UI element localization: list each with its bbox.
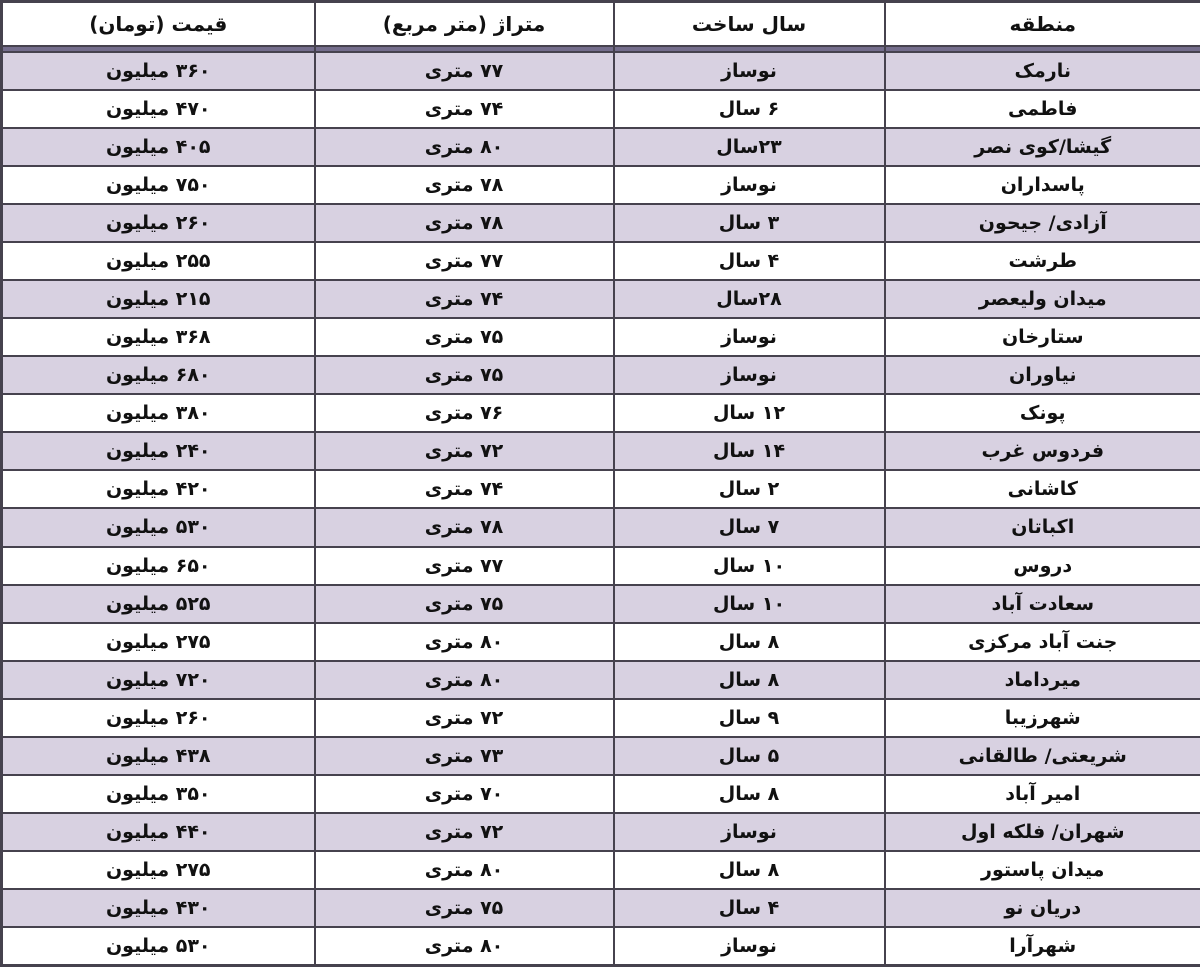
cell-region: ستارخان — [885, 318, 1200, 356]
cell-year_built: نوساز — [614, 318, 885, 356]
cell-area: ۷۴ متری — [315, 280, 614, 318]
cell-region: گیشا/کوی نصر — [885, 128, 1200, 166]
cell-year_built: ۱۲ سال — [614, 394, 885, 432]
cell-year_built: ۲ سال — [614, 470, 885, 508]
cell-area: ۷۲ متری — [315, 432, 614, 470]
cell-price: ۳۵۰ میلیون — [2, 775, 315, 813]
cell-year_built: ۸ سال — [614, 623, 885, 661]
cell-price: ۷۲۰ میلیون — [2, 661, 315, 699]
cell-year_built: ۱۰ سال — [614, 547, 885, 585]
cell-year_built: نوساز — [614, 813, 885, 851]
header-region: منطقه — [885, 2, 1200, 46]
housing-price-table: منطقه سال ساخت متراژ (متر مربع) قیمت (تو… — [0, 0, 1200, 967]
table-body: نارمکنوساز۷۷ متری۳۶۰ میلیونفاطمی۶ سال۷۴ … — [2, 46, 1200, 966]
cell-region: پاسداران — [885, 166, 1200, 204]
cell-region: میدان ولیعصر — [885, 280, 1200, 318]
cell-region: شریعتی/ طالقانی — [885, 737, 1200, 775]
cell-year_built: نوساز — [614, 927, 885, 965]
cell-year_built: ۸ سال — [614, 661, 885, 699]
cell-region: میرداماد — [885, 661, 1200, 699]
table-row: شهران/ فلکه اولنوساز۷۲ متری۴۴۰ میلیون — [2, 813, 1200, 851]
table-row: پاسداراننوساز۷۸ متری۷۵۰ میلیون — [2, 166, 1200, 204]
cell-region: اکباتان — [885, 508, 1200, 546]
cell-price: ۵۳۰ میلیون — [2, 508, 315, 546]
cell-area: ۷۵ متری — [315, 356, 614, 394]
cell-year_built: ۱۴ سال — [614, 432, 885, 470]
cell-area: ۸۰ متری — [315, 851, 614, 889]
cell-price: ۳۸۰ میلیون — [2, 394, 315, 432]
cell-region: شهرآرا — [885, 927, 1200, 965]
table-row: دروس۱۰ سال۷۷ متری۶۵۰ میلیون — [2, 547, 1200, 585]
cell-year_built: نوساز — [614, 166, 885, 204]
cell-region: شهرزیبا — [885, 699, 1200, 737]
cell-year_built: ۳ سال — [614, 204, 885, 242]
table-row: دریان نو۴ سال۷۵ متری۴۳۰ میلیون — [2, 889, 1200, 927]
cell-area: ۸۰ متری — [315, 128, 614, 166]
cell-year_built: ۲۸سال — [614, 280, 885, 318]
table-row: گیشا/کوی نصر۲۳سال۸۰ متری۴۰۵ میلیون — [2, 128, 1200, 166]
table-row: امیر آباد۸ سال۷۰ متری۳۵۰ میلیون — [2, 775, 1200, 813]
cell-region: شهران/ فلکه اول — [885, 813, 1200, 851]
cell-region: نیاوران — [885, 356, 1200, 394]
table-row: جنت آباد مرکزی۸ سال۸۰ متری۲۷۵ میلیون — [2, 623, 1200, 661]
cell-region: فاطمی — [885, 90, 1200, 128]
cell-area: ۷۶ متری — [315, 394, 614, 432]
cell-year_built: نوساز — [614, 356, 885, 394]
cell-price: ۲۷۵ میلیون — [2, 623, 315, 661]
cell-year_built: ۸ سال — [614, 775, 885, 813]
housing-price-table-page: منطقه سال ساخت متراژ (متر مربع) قیمت (تو… — [0, 0, 1200, 967]
cell-region: نارمک — [885, 52, 1200, 90]
cell-price: ۳۶۸ میلیون — [2, 318, 315, 356]
cell-region: سعادت آباد — [885, 585, 1200, 623]
table-row: پونک۱۲ سال۷۶ متری۳۸۰ میلیون — [2, 394, 1200, 432]
cell-area: ۷۷ متری — [315, 242, 614, 280]
cell-year_built: ۶ سال — [614, 90, 885, 128]
cell-year_built: نوساز — [614, 52, 885, 90]
cell-area: ۷۵ متری — [315, 889, 614, 927]
cell-area: ۷۳ متری — [315, 737, 614, 775]
cell-region: آزادی/ جیحون — [885, 204, 1200, 242]
table-row: کاشانی۲ سال۷۴ متری۴۲۰ میلیون — [2, 470, 1200, 508]
cell-price: ۲۶۰ میلیون — [2, 204, 315, 242]
cell-price: ۲۶۰ میلیون — [2, 699, 315, 737]
header-row: منطقه سال ساخت متراژ (متر مربع) قیمت (تو… — [2, 2, 1200, 46]
cell-area: ۷۲ متری — [315, 699, 614, 737]
cell-price: ۶۸۰ میلیون — [2, 356, 315, 394]
cell-price: ۲۴۰ میلیون — [2, 432, 315, 470]
cell-region: جنت آباد مرکزی — [885, 623, 1200, 661]
table-row: طرشت۴ سال۷۷ متری۲۵۵ میلیون — [2, 242, 1200, 280]
cell-area: ۷۴ متری — [315, 90, 614, 128]
cell-region: طرشت — [885, 242, 1200, 280]
cell-region: میدان پاستور — [885, 851, 1200, 889]
cell-area: ۸۰ متری — [315, 927, 614, 965]
cell-year_built: ۲۳سال — [614, 128, 885, 166]
table-row: فردوس غرب۱۴ سال۷۲ متری۲۴۰ میلیون — [2, 432, 1200, 470]
cell-price: ۵۳۰ میلیون — [2, 927, 315, 965]
cell-price: ۴۳۰ میلیون — [2, 889, 315, 927]
cell-region: دروس — [885, 547, 1200, 585]
cell-year_built: ۱۰ سال — [614, 585, 885, 623]
cell-price: ۴۲۰ میلیون — [2, 470, 315, 508]
table-row: شهرزیبا۹ سال۷۲ متری۲۶۰ میلیون — [2, 699, 1200, 737]
cell-price: ۴۴۰ میلیون — [2, 813, 315, 851]
cell-year_built: ۵ سال — [614, 737, 885, 775]
table-row: میدان ولیعصر۲۸سال۷۴ متری۲۱۵ میلیون — [2, 280, 1200, 318]
cell-area: ۷۸ متری — [315, 508, 614, 546]
cell-region: دریان نو — [885, 889, 1200, 927]
cell-area: ۷۲ متری — [315, 813, 614, 851]
table-row: فاطمی۶ سال۷۴ متری۴۷۰ میلیون — [2, 90, 1200, 128]
cell-price: ۲۷۵ میلیون — [2, 851, 315, 889]
table-row: ستارخاننوساز۷۵ متری۳۶۸ میلیون — [2, 318, 1200, 356]
cell-price: ۷۵۰ میلیون — [2, 166, 315, 204]
table-row: اکباتان۷ سال۷۸ متری۵۳۰ میلیون — [2, 508, 1200, 546]
table-row: میرداماد۸ سال۸۰ متری۷۲۰ میلیون — [2, 661, 1200, 699]
cell-price: ۴۷۰ میلیون — [2, 90, 315, 128]
cell-price: ۳۶۰ میلیون — [2, 52, 315, 90]
cell-region: امیر آباد — [885, 775, 1200, 813]
table-header: منطقه سال ساخت متراژ (متر مربع) قیمت (تو… — [2, 2, 1200, 46]
cell-area: ۷۷ متری — [315, 52, 614, 90]
cell-area: ۸۰ متری — [315, 661, 614, 699]
header-price: قیمت (تومان) — [2, 2, 315, 46]
cell-price: ۶۵۰ میلیون — [2, 547, 315, 585]
table-row: سعادت آباد۱۰ سال۷۵ متری۵۲۵ میلیون — [2, 585, 1200, 623]
header-area: متراژ (متر مربع) — [315, 2, 614, 46]
cell-year_built: ۷ سال — [614, 508, 885, 546]
table-row: آزادی/ جیحون۳ سال۷۸ متری۲۶۰ میلیون — [2, 204, 1200, 242]
cell-area: ۷۰ متری — [315, 775, 614, 813]
cell-price: ۴۳۸ میلیون — [2, 737, 315, 775]
table-row: میدان پاستور۸ سال۸۰ متری۲۷۵ میلیون — [2, 851, 1200, 889]
cell-region: فردوس غرب — [885, 432, 1200, 470]
table-row: شریعتی/ طالقانی۵ سال۷۳ متری۴۳۸ میلیون — [2, 737, 1200, 775]
cell-price: ۲۵۵ میلیون — [2, 242, 315, 280]
cell-area: ۷۵ متری — [315, 585, 614, 623]
table-row: شهرآرانوساز۸۰ متری۵۳۰ میلیون — [2, 927, 1200, 965]
cell-region: کاشانی — [885, 470, 1200, 508]
table-row: نارمکنوساز۷۷ متری۳۶۰ میلیون — [2, 52, 1200, 90]
cell-area: ۷۷ متری — [315, 547, 614, 585]
cell-year_built: ۴ سال — [614, 889, 885, 927]
cell-area: ۷۸ متری — [315, 166, 614, 204]
cell-year_built: ۴ سال — [614, 242, 885, 280]
cell-price: ۴۰۵ میلیون — [2, 128, 315, 166]
cell-year_built: ۹ سال — [614, 699, 885, 737]
cell-price: ۲۱۵ میلیون — [2, 280, 315, 318]
cell-region: پونک — [885, 394, 1200, 432]
cell-area: ۷۴ متری — [315, 470, 614, 508]
table-row: نیاوراننوساز۷۵ متری۶۸۰ میلیون — [2, 356, 1200, 394]
cell-price: ۵۲۵ میلیون — [2, 585, 315, 623]
cell-area: ۷۵ متری — [315, 318, 614, 356]
header-year-built: سال ساخت — [614, 2, 885, 46]
cell-area: ۸۰ متری — [315, 623, 614, 661]
cell-area: ۷۸ متری — [315, 204, 614, 242]
cell-year_built: ۸ سال — [614, 851, 885, 889]
